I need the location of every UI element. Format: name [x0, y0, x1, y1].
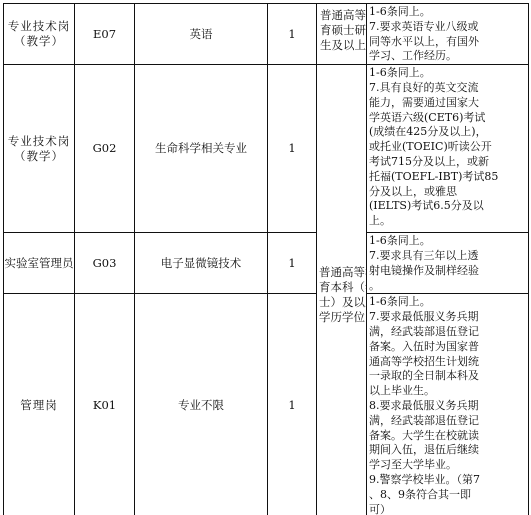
req-line: 7.要求最低服义务兵期: [369, 310, 527, 325]
table-row: 实验室管理员 G03 电子显微镜技术 1 1-6条同上。 7.要求具有三年以上透…: [4, 233, 529, 294]
req-line: 备案。大学生在校就读: [369, 429, 527, 444]
req-line: (成绩在425分及以上)，: [369, 125, 527, 140]
req-line: 可）: [369, 503, 527, 515]
req-line: 1-6条同上。: [369, 5, 527, 20]
post-line: （教学）: [4, 34, 74, 49]
req-line: 分及以上，或雅思: [369, 185, 527, 200]
recruitment-table: 专业技术岗 （教学） E07 英语 1 普通高等教 育硕士研究 生及以上 1-6…: [3, 3, 529, 515]
post-cell: 专业技术岗 （教学）: [4, 4, 75, 65]
code-cell: G02: [75, 65, 135, 233]
post-cell: 专业技术岗 （教学）: [4, 65, 75, 233]
req-line: 9.警察学校毕业。（第7: [369, 473, 527, 488]
req-line: 以上毕业生。: [369, 384, 527, 399]
req-line: 7.要求具有三年以上透: [369, 249, 527, 264]
req-line: 1-6条同上。: [369, 66, 527, 81]
count-cell: 1: [268, 233, 317, 294]
requirements-cell: 1-6条同上。 7.要求最低服义务兵期 满，经武装部退伍登记 备案。入伍时为国家…: [367, 294, 529, 515]
requirements-cell: 1-6条同上。 7.具有良好的英文交流 能力，需要通过国家大 学英语六级(CET…: [367, 65, 529, 233]
post-line: （教学）: [4, 149, 74, 164]
post-cell: 管理岗: [4, 294, 75, 515]
req-line: 7.具有良好的英文交流: [369, 81, 527, 96]
post-line: 管理岗: [4, 398, 74, 413]
edu-line: 学历学位: [319, 310, 364, 325]
edu-line: 普通高等教: [319, 265, 364, 280]
req-line: 满，经武装部退伍登记: [369, 414, 527, 429]
table-row: 管理岗 K01 专业不限 1 1-6条同上。 7.要求最低服义务兵期 满，经武装…: [4, 294, 529, 515]
table-row: 专业技术岗 （教学） E07 英语 1 普通高等教 育硕士研究 生及以上 1-6…: [4, 4, 529, 65]
requirements-cell: 1-6条同上。 7.要求英语专业八级或 同等水平以上，有国外 学习、工作经历。: [367, 4, 529, 65]
major-cell: 英语: [135, 4, 268, 65]
table-row: 专业技术岗 （教学） G02 生命科学相关专业 1 普通高等教 育本科（学 士）…: [4, 65, 529, 233]
edu-line: 生及以上: [320, 38, 364, 53]
post-line: 实验室管理员: [4, 256, 74, 271]
edu-line: 士）及以上: [319, 295, 364, 310]
post-line: 专业技术岗: [4, 19, 74, 34]
count-cell: 1: [268, 65, 317, 233]
req-line: 、8、9条符合其一即: [369, 488, 527, 503]
post-line: 专业技术岗: [4, 134, 74, 149]
req-line: 通高等学校招生计划统: [369, 355, 527, 370]
req-line: 8.要求最低服义务兵期: [369, 399, 527, 414]
req-line: 。: [369, 279, 527, 294]
count-cell: 1: [268, 4, 317, 65]
edu-line: 普通高等教: [320, 8, 364, 23]
req-line: 学英语六级(CET6)考试: [369, 111, 527, 126]
major-cell: 专业不限: [135, 294, 268, 515]
major-cell: 电子显微镜技术: [135, 233, 268, 294]
req-line: 满，经武装部退伍登记: [369, 325, 527, 340]
post-cell: 实验室管理员: [4, 233, 75, 294]
education-cell: 普通高等教 育本科（学 士）及以上 学历学位: [317, 65, 367, 515]
major-cell: 生命科学相关专业: [135, 65, 268, 233]
req-line: 上。: [369, 214, 527, 229]
req-line: 一录取的全日制本科及: [369, 369, 527, 384]
req-line: (IELTS)考试6.5分及以: [369, 199, 527, 214]
education-spacer: [319, 97, 364, 265]
req-line: 学习至大学毕业。: [369, 458, 527, 473]
education-spacer: [319, 325, 364, 485]
req-line: 7.要求英语专业八级或: [369, 20, 527, 35]
req-line: 托福(TOEFL-IBT)考试85: [369, 170, 527, 185]
req-line: 或托业(TOEIC)听读公开: [369, 140, 527, 155]
req-line: 1-6条同上。: [369, 295, 527, 310]
requirements-cell: 1-6条同上。 7.要求具有三年以上透 射电镜操作及制样经验 。: [367, 233, 529, 294]
req-line: 同等水平以上，有国外: [369, 35, 527, 50]
edu-line: 育本科（学: [319, 280, 364, 295]
req-line: 学习、工作经历。: [369, 49, 527, 64]
count-cell: 1: [268, 294, 317, 515]
code-cell: E07: [75, 4, 135, 65]
education-cell: 普通高等教 育硕士研究 生及以上: [317, 4, 367, 65]
req-line: 期间入伍，退伍后继续: [369, 443, 527, 458]
edu-line: 育硕士研究: [320, 23, 364, 38]
req-line: 备案。入伍时为国家普: [369, 340, 527, 355]
code-cell: G03: [75, 233, 135, 294]
req-line: 1-6条同上。: [369, 234, 527, 249]
code-cell: K01: [75, 294, 135, 515]
req-line: 能力，需要通过国家大: [369, 96, 527, 111]
req-line: 考试715分及以上，或新: [369, 155, 527, 170]
req-line: 射电镜操作及制样经验: [369, 264, 527, 279]
